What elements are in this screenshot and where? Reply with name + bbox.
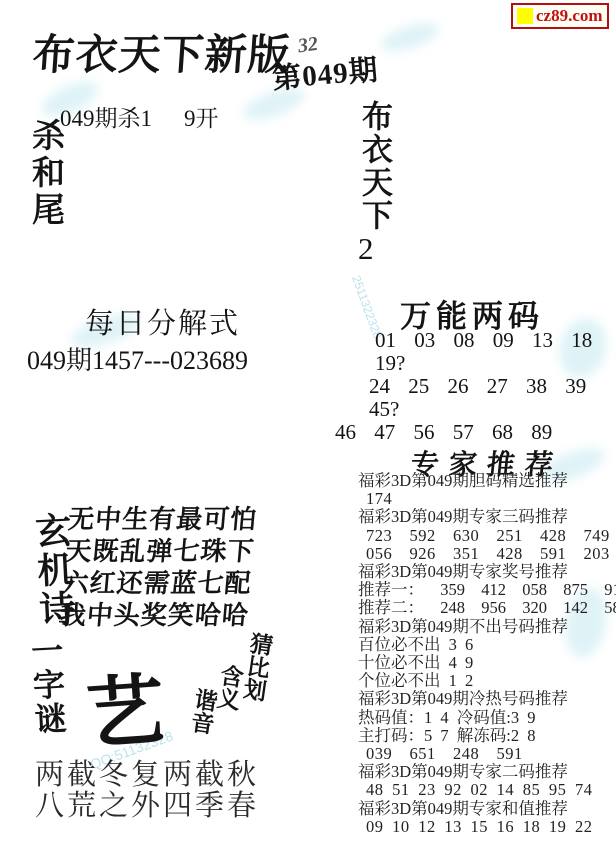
couplet-line: 两截冬复两截秋 [35,760,259,791]
expert-line-numbers: 174 [358,490,612,508]
expert-line-exclude-tens: 十位必不出 4 9 [358,654,612,672]
lottery-sheet-page: QQ:51132328 2511322328 cz89.com 布衣天下新版 3… [0,0,616,860]
riddle-character: 艺 [82,647,168,764]
expert-line-exclude-units: 个位必不出 1 2 [358,672,612,690]
expert-line-recommend-1: 推荐一： 359 412 058 875 916 [358,581,612,599]
brand-vertical-number: 2 [358,231,374,267]
expert-recommendation-list: 福彩3D第049期胆码精选推荐 174 福彩3D第049期专家三码推荐 723 … [358,472,612,836]
two-codes-row: 24 25 26 27 38 39 45? [335,375,607,421]
kill-number-text: 049期杀1 [60,100,152,133]
poem-line: 我中头奖笑哈哈 [58,600,256,632]
expert-line-numbers: 723 592 630 251 428 749 851 [358,527,612,545]
expert-line-heading: 福彩3D第049期专家三码推荐 [358,508,612,526]
riddle-hint: 谐音 [183,686,222,736]
brand-vertical-title: 布衣天下 [352,100,397,232]
expert-line-numbers: 48 51 23 92 02 14 85 95 74 [358,781,612,799]
poem-line: 无中生有最可怕 [67,504,265,536]
expert-line-numbers: 09 10 12 13 15 16 18 19 22 [358,818,612,836]
watermark-blob [378,17,442,56]
riddle-vertical-label: 一字谜 [21,633,72,737]
expert-line-heading: 福彩3D第049期不出号码推荐 [358,618,612,636]
poem-line: 六红还需蓝七配 [61,568,259,600]
expert-line-heading: 福彩3D第049期专家二码推荐 [358,763,612,781]
site-badge-link[interactable]: cz89.com [511,3,609,29]
expert-line-heading: 福彩3D第049期冷热号码推荐 [358,690,612,708]
yellow-square-icon [517,8,533,24]
couplet: 两截冬复两截秋 八荒之外四季春 [35,760,259,822]
expert-line-recommend-2: 推荐二： 248 956 320 142 587 [358,599,612,617]
expert-line-main-unfreeze: 主打码：5 7 解冻码:2 8 [358,727,612,745]
daily-breakdown-title: 每日分解式 [85,301,240,342]
universal-two-codes-grid: 01 03 08 09 13 18 19? 24 25 26 27 38 39 … [335,329,607,444]
expert-line-numbers: 039 651 248 591 [358,745,612,763]
couplet-line: 八荒之外四季春 [35,791,259,822]
poem-line: 天既乱弹七珠下 [64,536,262,568]
open-number-text: 9开 [184,100,219,133]
expert-line-heading: 福彩3D第049期胆码精选推荐 [358,472,612,490]
mystery-poem: 无中生有最可怕 天既乱弹七珠下 六红还需蓝七配 我中头奖笑哈哈 [58,504,264,632]
expert-line-heading: 福彩3D第049期专家和值推荐 [358,800,612,818]
expert-line-hot-cold: 热码值：1 4 冷码值:3 9 [358,709,612,727]
expert-line-numbers: 056 926 351 428 591 203 684 [358,545,612,563]
page-title: 布衣天下新版 [31,22,293,82]
site-badge-label: cz89.com [536,6,603,26]
daily-breakdown-formula: 049期1457---023689 [27,340,248,377]
issue-number: 第049期 [270,47,380,97]
expert-line-exclude-hundreds: 百位必不出 3 6 [358,636,612,654]
expert-line-heading: 福彩3D第049期专家奖号推荐 [358,563,612,581]
kill-sum-tail-vertical-label: 杀和尾 [22,118,69,229]
two-codes-row: 01 03 08 09 13 18 19? [335,329,607,375]
two-codes-row: 46 47 56 57 68 89 [335,421,607,444]
